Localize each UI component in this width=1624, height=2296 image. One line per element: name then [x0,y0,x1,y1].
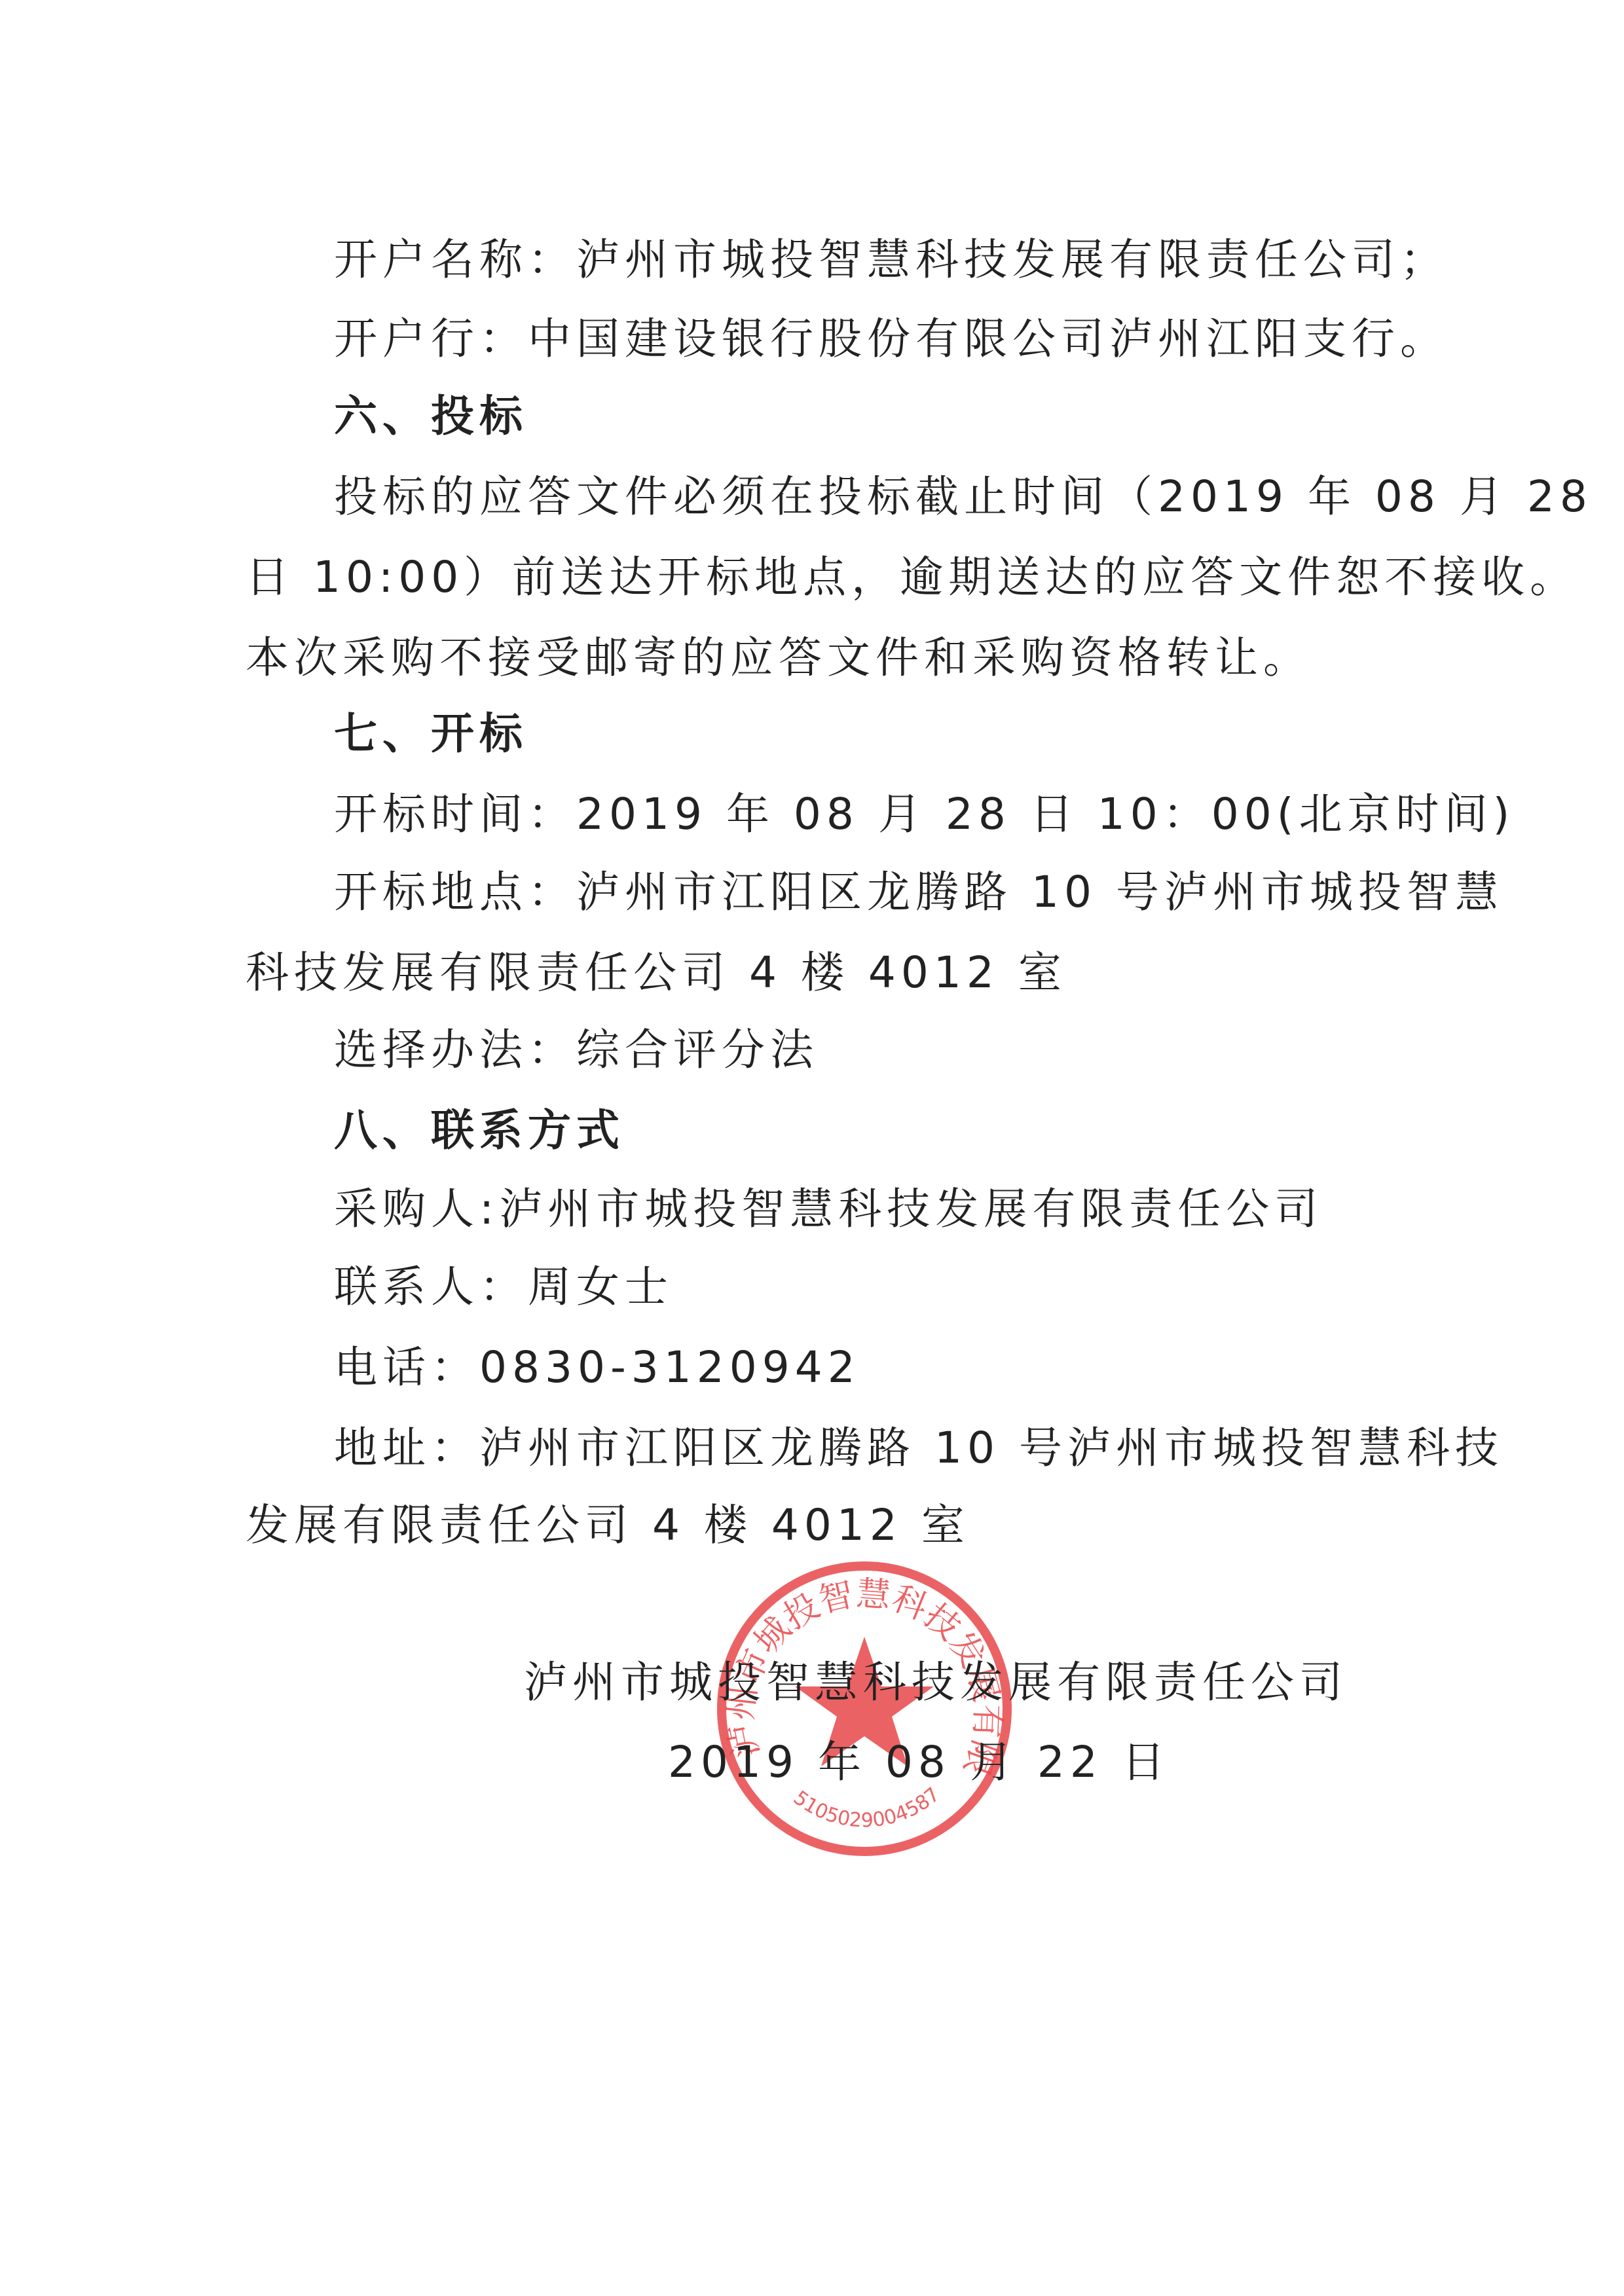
opening-place-1: 开标地点：泸州市江阳区龙腾路 10 号泸州市城投智慧 [334,866,1504,919]
contact-person: 联系人：周女士 [334,1261,673,1313]
selection-method: 选择办法：综合评分法 [334,1024,819,1076]
opening-place-2: 科技发展有限责任公司 4 楼 4012 室 [246,947,1067,999]
signoff-date: 2019 年 08 月 22 日 [668,1736,1170,1789]
section-7-heading: 七、开标 [334,708,528,760]
signoff-company: 泸州市城投智慧科技发展有限责任公司 [524,1656,1348,1709]
phone: 电话：0830-3120942 [334,1341,860,1394]
section-6-line-3: 本次采购不接受邮寄的应答文件和采购资格转让。 [246,632,1312,684]
section-6-heading: 六、投标 [334,390,528,443]
opening-time: 开标时间：2019 年 08 月 28 日 10：00(北京时间) [334,788,1515,841]
account-bank: 开户行：中国建设银行股份有限公司泸州江阳支行。 [334,313,1449,365]
purchaser: 采购人:泸州市城投智慧科技发展有限责任公司 [334,1183,1323,1235]
section-6-line-2: 日 10:00）前送达开标地点，逾期送达的应答文件恕不接收。 [246,551,1578,604]
company-seal-icon: 泸州市城投智慧科技发展有限责任公司 5105029004587 [714,1558,1015,1859]
address-2: 发展有限责任公司 4 楼 4012 室 [246,1499,970,1552]
svg-text:5105029004587: 5105029004587 [789,1783,944,1832]
section-6-line-1: 投标的应答文件必须在投标截止时间（2019 年 08 月 28 [334,471,1593,523]
stamp-number: 5105029004587 [789,1783,944,1832]
address-1: 地址：泸州市江阳区龙腾路 10 号泸州市城投智慧科技 [334,1422,1504,1474]
section-8-heading: 八、联系方式 [334,1104,625,1157]
account-name: 开户名称：泸州市城投智慧科技发展有限责任公司； [334,234,1449,286]
